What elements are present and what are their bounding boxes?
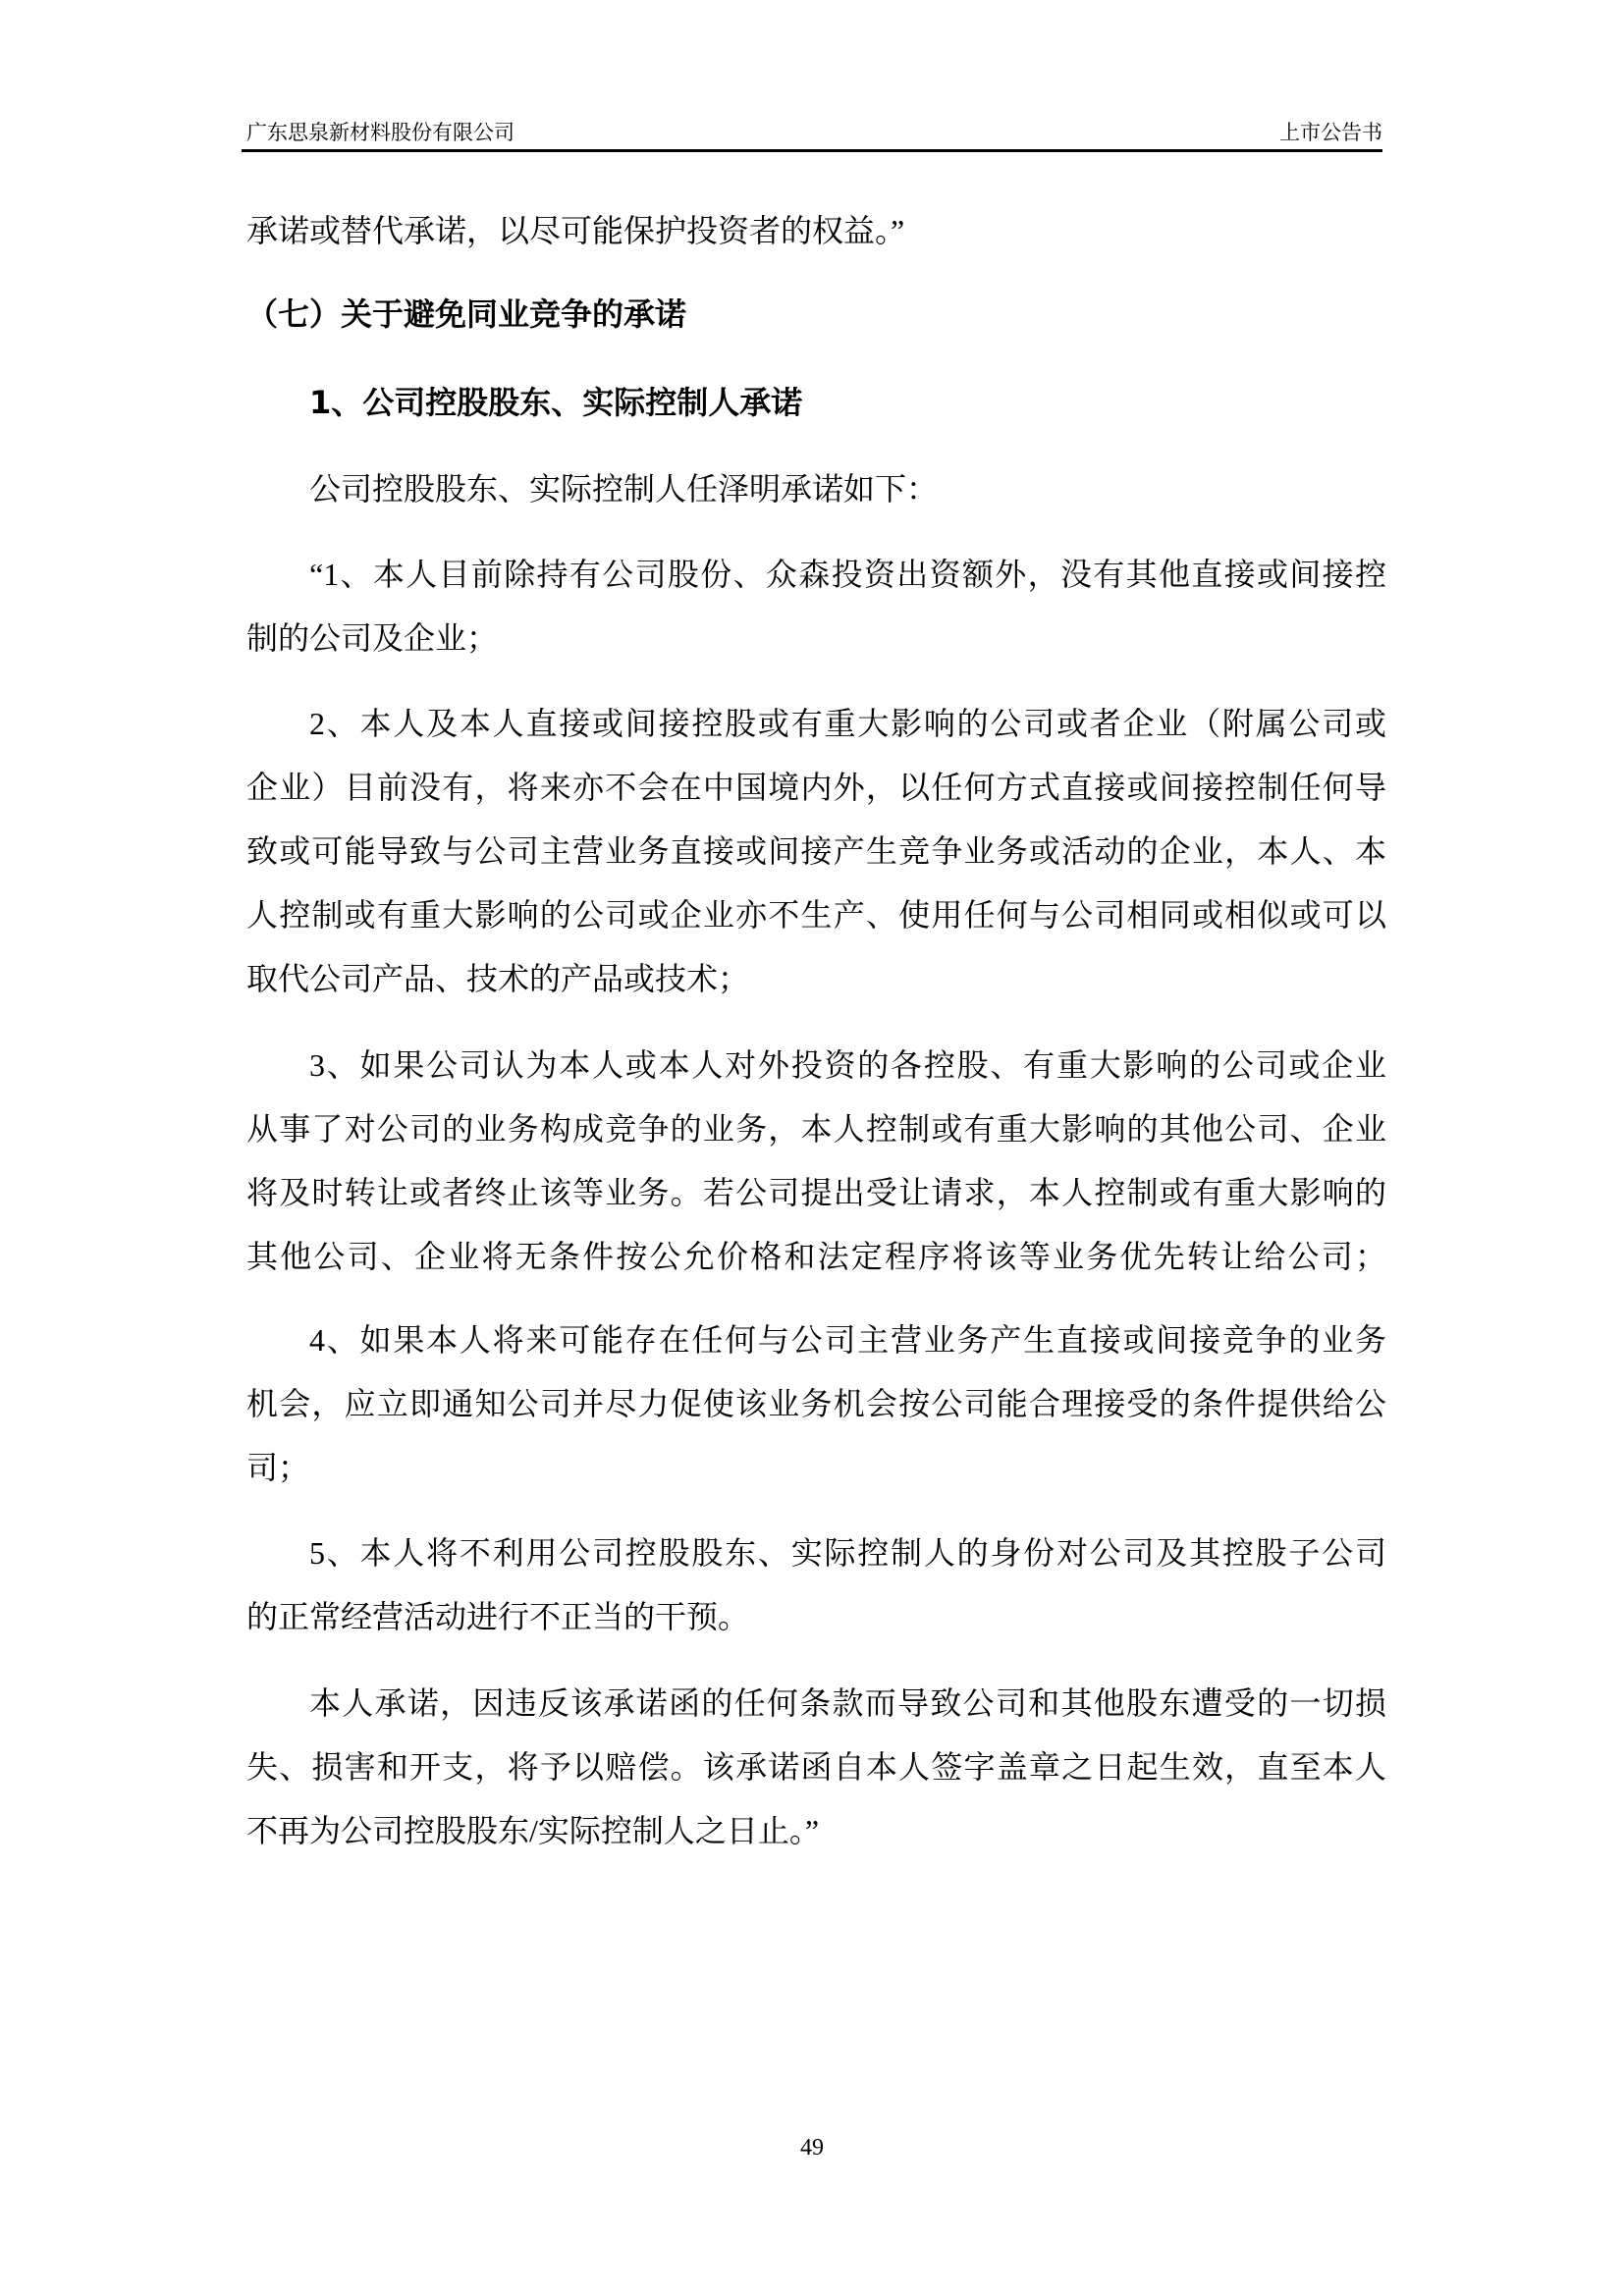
body-text-line: “1、本人目前除持有公司股份、众森投资出资额外，没有其他直接或间接控 [246, 555, 1386, 594]
subsection-heading: 1、公司控股股东、实际控制人承诺 [246, 383, 1386, 422]
body-text-line: 不再为公司控股股东/实际控制人之日止。” [246, 1811, 1386, 1850]
body-text-line: 失、损害和开支，将予以赔偿。该承诺函自本人签字盖章之日起生效，直至本人 [246, 1747, 1386, 1787]
header-divider [242, 149, 1382, 152]
body-text-line: 本人承诺，因违反该承诺函的任何条款而导致公司和其他股东遭受的一切损 [246, 1683, 1386, 1723]
header-company-name: 广东思泉新材料股份有限公司 [246, 116, 514, 149]
body-text-line: 企业）目前没有，将来亦不会在中国境内外，以任何方式直接或间接控制任何导 [246, 768, 1386, 807]
body-text-line: 其他公司、企业将无条件按公允价格和法定程序将该等业务优先转让给公司； [246, 1237, 1386, 1276]
body-text-line: 司； [246, 1448, 1386, 1487]
body-text-line: 3、如果公司认为本人或本人对外投资的各控股、有重大影响的公司或企业 [246, 1045, 1386, 1085]
body-text-line: 制的公司及企业； [246, 618, 1386, 658]
page-number: 49 [0, 2132, 1624, 2163]
page-header: 广东思泉新材料股份有限公司 上市公告书 [242, 116, 1382, 149]
body-text-line: 取代公司产品、技术的产品或技术； [246, 959, 1386, 998]
body-text-line: 公司控股股东、实际控制人任泽明承诺如下： [246, 469, 1386, 508]
body-text-line: 机会，应立即通知公司并尽力促使该业务机会按公司能合理接受的条件提供给公 [246, 1384, 1386, 1423]
body-text-line: 2、本人及本人直接或间接控股或有重大影响的公司或者企业（附属公司或 [246, 704, 1386, 743]
body-text-line: 从事了对公司的业务构成竞争的业务，本人控制或有重大影响的其他公司、企业 [246, 1109, 1386, 1148]
body-text-line: 人控制或有重大影响的公司或企业亦不生产、使用任何与公司相同或相似或可以 [246, 895, 1386, 934]
body-text-line: 致或可能导致与公司主营业务直接或间接产生竞争业务或活动的企业，本人、本 [246, 831, 1386, 871]
section-heading: （七）关于避免同业竞争的承诺 [246, 294, 1386, 334]
body-text-line: 的正常经营活动进行不正当的干预。 [246, 1597, 1386, 1636]
header-document-type: 上市公告书 [1279, 116, 1382, 149]
body-text-line: 4、如果本人将来可能存在任何与公司主营业务产生直接或间接竞争的业务 [246, 1320, 1386, 1360]
body-text-line: 将及时转让或者终止该等业务。若公司提出受让请求，本人控制或有重大影响的 [246, 1173, 1386, 1212]
body-text-line: 承诺或替代承诺，以尽可能保护投资者的权益。” [246, 211, 1386, 250]
body-text-line: 5、本人将不利用公司控股股东、实际控制人的身份对公司及其控股子公司 [246, 1533, 1386, 1573]
